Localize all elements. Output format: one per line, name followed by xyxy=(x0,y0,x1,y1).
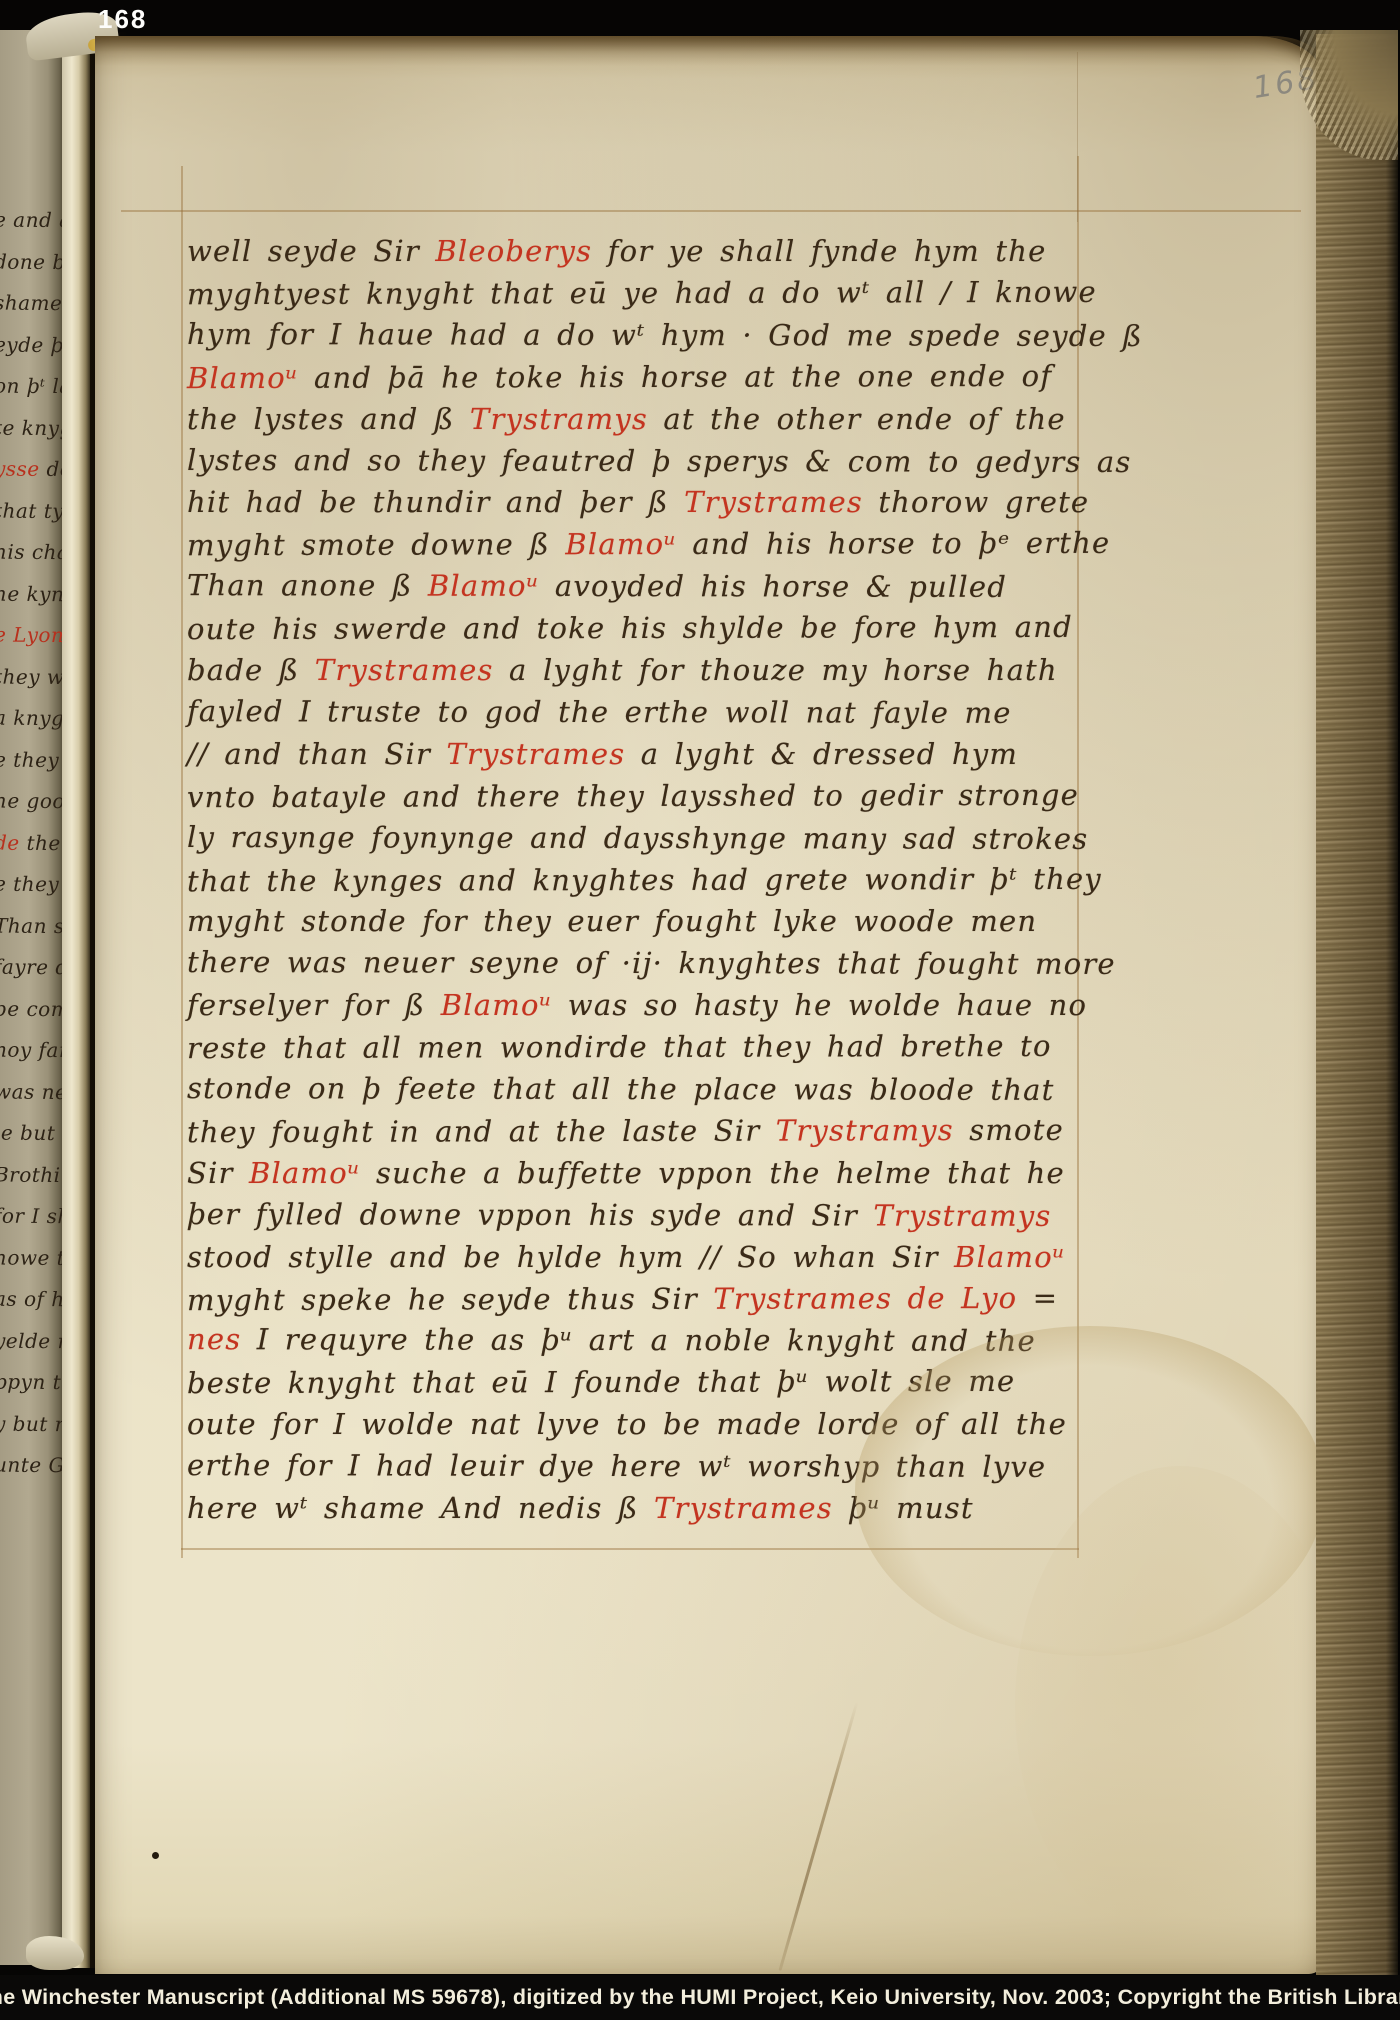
body-text: his chaunc xyxy=(0,540,64,565)
body-text: Than seyde xyxy=(0,913,64,938)
margin-fragment: de the goo xyxy=(0,830,64,855)
rubric-text: de xyxy=(0,830,27,854)
body-text: for ye shall fynde hym the xyxy=(592,234,1046,268)
body-text: he good kny xyxy=(0,789,64,814)
body-text: fayled I truste to god the erthe woll na… xyxy=(187,694,1012,730)
manuscript-line: lystes and so they feautred þ sperys & c… xyxy=(187,443,1132,479)
body-text: that the kynges and knyghtes had grete w… xyxy=(187,861,1102,897)
manuscript-line: // and than Sir Trystrames a lyght & dre… xyxy=(187,737,1018,771)
ruled-line-top xyxy=(121,210,1301,212)
margin-fragment: be com of xyxy=(0,996,64,1021)
body-text: shame to c xyxy=(0,291,64,316)
body-text: unte God xyxy=(0,1453,64,1478)
body-text: well seyde Sir xyxy=(187,234,435,268)
manuscript-line: reste that all men wondirde that they ha… xyxy=(187,1029,1052,1065)
caption-text: The Winchester Manuscript (Additional MS… xyxy=(0,1985,1400,2010)
manuscript-line: oute for I wolde nat lyve to be made lor… xyxy=(187,1407,1067,1441)
manuscript-line: vnto batayle and there they laysshed to … xyxy=(187,778,1079,814)
body-text: þer fylled downe vppon his syde and Sir xyxy=(187,1197,874,1232)
body-text: suche a buffette vppon the helme that he xyxy=(361,1156,1065,1190)
rubric-text: Blamoᵘ xyxy=(249,1156,361,1190)
body-text: le but rath xyxy=(0,1121,64,1146)
body-text: Brothir seyd xyxy=(0,1162,64,1187)
margin-fragment: Brothir seyd xyxy=(0,1162,64,1187)
manuscript-line: myght speke he seyde thus Sir Trystrames… xyxy=(187,1280,1058,1316)
body-text: smote xyxy=(954,1113,1064,1147)
body-text: thorow grete xyxy=(863,485,1089,519)
manuscript-line: hit had be thundir and þer ß Trystrames … xyxy=(187,485,1089,519)
page-top-edge xyxy=(95,36,1323,66)
rubric-text: Trystrames xyxy=(446,737,625,771)
body-text: and þā he toke his horse at the one ende… xyxy=(299,359,1053,395)
margin-fragment: that tyme a xyxy=(0,498,64,523)
rubric-text: Trystrames xyxy=(654,1491,833,1525)
body-text: e they had xyxy=(0,747,64,772)
body-text: be com of xyxy=(0,996,64,1021)
page-crease xyxy=(1077,52,1078,222)
body-text: at the other ende of the xyxy=(648,402,1066,436)
body-text: they were c xyxy=(0,664,64,689)
margin-fragment: e Lyones wo xyxy=(0,623,64,648)
rubric-text: Trystrames xyxy=(684,485,863,519)
manuscript-line: Than anone ß Blamoᵘ avoyded his horse & … xyxy=(187,568,1007,604)
rubric-text: ysse xyxy=(0,457,40,481)
page-edge-stack xyxy=(1316,34,1398,1975)
margin-fragment: y but rep xyxy=(0,1411,64,1436)
body-text: erthe for I had leuir dye here wᵗ worshy… xyxy=(187,1448,1046,1484)
body-text: hym for I haue had a do wᵗ hym · God me … xyxy=(187,317,1143,353)
margin-fragment: fayre deu xyxy=(0,955,64,980)
manuscript-line: hym for I haue had a do wᵗ hym · God me … xyxy=(187,317,1143,353)
margin-fragment: shame to c xyxy=(0,291,64,316)
body-text: he kyngs xyxy=(0,581,64,606)
body-text: eyde þ kyng xyxy=(0,332,64,357)
body-text: te knyght xyxy=(0,415,64,440)
manuscript-line: the lystes and ß Trystramys at the other… xyxy=(187,402,1066,436)
body-text: here wᵗ shame And nedis ß xyxy=(187,1491,654,1525)
body-text: Than anone ß xyxy=(187,568,428,603)
body-text: fayre deu xyxy=(0,955,64,980)
manuscript-line: þer fylled downe vppon his syde and Sir … xyxy=(187,1197,1052,1233)
body-text: there was neuer seyne of ·ij· knyghtes t… xyxy=(187,945,1116,981)
body-text: ppyn to fyn xyxy=(0,1370,64,1395)
margin-fragment: done bata xyxy=(0,249,64,274)
screenshot-root: { "viewer": { "top_page_label": "168", "… xyxy=(0,0,1400,2020)
margin-fragment: howe that yow xyxy=(0,1245,64,1270)
manuscript-line: fayled I truste to god the erthe woll na… xyxy=(187,694,1012,730)
margin-fragment: for I shall xyxy=(0,1204,64,1229)
manuscript-line: nes I requyre the as þᵘ art a noble knyg… xyxy=(187,1323,1036,1359)
body-text: yelde me xyxy=(0,1328,64,1353)
manuscript-line: Blamoᵘ and þā he toke his horse at the o… xyxy=(187,359,1052,395)
manuscript-line: here wᵗ shame And nedis ß Trystrames þᵘ … xyxy=(187,1491,974,1525)
body-text: e they w xyxy=(0,872,64,897)
rubric-text: Blamoᵘ xyxy=(428,569,540,603)
rubric-text: Trystramys xyxy=(776,1113,954,1147)
body-text: myght speke he seyde thus Sir xyxy=(187,1281,713,1316)
body-text: vnto batayle and there they laysshed to … xyxy=(187,778,1079,814)
rubric-text: Trystramys xyxy=(873,1198,1051,1232)
margin-fragment: unte God xyxy=(0,1453,64,1478)
body-text: was neū nou xyxy=(0,1079,64,1104)
body-text: beste knyght that eū I founde that þᵘ wo… xyxy=(187,1364,1015,1400)
body-text: that tyme a xyxy=(0,498,64,523)
left-page-strip: e and as fodone batashame to ceyde þ kyn… xyxy=(0,30,64,1965)
body-text: ly rasynge foynynge and daysshynge many … xyxy=(187,820,1088,856)
rubric-text: Blamoᵘ xyxy=(187,361,299,395)
ink-dot xyxy=(152,1852,159,1859)
body-text: and his horse to þᵉ erthe xyxy=(677,526,1110,561)
manuscript-line: myghtyest knyght that eū ye had a do wᵗ … xyxy=(187,275,1097,311)
body-text: hit had be thundir and þer ß xyxy=(187,485,684,519)
body-text: the lystes and ß xyxy=(187,402,470,436)
manuscript-line: stood stylle and be hylde hym // So whan… xyxy=(187,1240,1066,1274)
manuscript-line: erthe for I had leuir dye here wᵗ worshy… xyxy=(187,1448,1046,1484)
margin-fragment: e and as fo xyxy=(0,208,64,233)
body-text: = xyxy=(1017,1280,1058,1314)
text-block: well seyde Sir Bleoberys for ye shall fy… xyxy=(187,234,1187,1564)
page-number-label: 168 xyxy=(98,4,147,35)
rubric-text: Bleoberys xyxy=(435,234,592,268)
manuscript-line: ly rasynge foynynge and daysshynge many … xyxy=(187,820,1088,856)
rubric-text: Trystrames xyxy=(315,653,494,687)
manuscript-line: bade ß Trystrames a lyght for thouze my … xyxy=(187,653,1058,687)
body-text: a knyght xyxy=(0,706,64,731)
body-text: Sir xyxy=(187,1156,249,1190)
body-text: done bata xyxy=(0,249,64,274)
manuscript-line: there was neuer seyne of ·ij· knyghtes t… xyxy=(187,945,1116,981)
body-text: myght stonde for they euer fought lyke w… xyxy=(187,904,1037,938)
body-text: // and than Sir xyxy=(187,737,446,771)
manuscript-line: they fought in and at the laste Sir Trys… xyxy=(187,1113,1064,1149)
body-text: myghtyest knyght that eū ye had a do wᵗ … xyxy=(187,275,1097,311)
body-text: myght smote downe ß xyxy=(187,528,565,563)
margin-fragment: yelde me xyxy=(0,1328,64,1353)
margin-fragment: was neū nou xyxy=(0,1079,64,1104)
margin-fragment: te knyght xyxy=(0,415,64,440)
manuscript-line: that the kynges and knyghtes had grete w… xyxy=(187,861,1102,897)
body-text: oute his swerde and toke his shylde be f… xyxy=(187,610,1073,646)
body-text: a lyght & dressed hym xyxy=(625,737,1018,771)
margin-fragment: Than seyde xyxy=(0,913,64,938)
rubric-text: Blamoᵘ xyxy=(954,1240,1066,1274)
tear-mark xyxy=(778,1701,858,1971)
margin-fragment: ysse depted xyxy=(0,457,64,482)
rubric-text: Trystrames de Lyo xyxy=(713,1280,1017,1315)
margin-fragment: on þᵗ lat h xyxy=(0,374,64,399)
body-text: the goo xyxy=(26,830,64,855)
manuscript-line: myght stonde for they euer fought lyke w… xyxy=(187,904,1037,938)
manuscript-line: myght smote downe ß Blamoᵘ and his horse… xyxy=(187,526,1110,562)
manuscript-line: well seyde Sir Bleoberys for ye shall fy… xyxy=(187,234,1047,268)
manuscript-line: ferselyer for ß Blamoᵘ was so hasty he w… xyxy=(187,988,1087,1022)
margin-fragment: e they had xyxy=(0,747,64,772)
body-text: a lyght for thouze my horse hath xyxy=(494,653,1058,687)
rubric-text: nes xyxy=(187,1323,241,1357)
margin-fragment: a knyght xyxy=(0,706,64,731)
manuscript-page: 168 well seyde Sir Bleoberys for ye shal… xyxy=(95,36,1323,1974)
body-text: reste that all men wondirde that they ha… xyxy=(187,1029,1052,1065)
rubric-text: Trystramys xyxy=(470,402,648,436)
caption-bar: The Winchester Manuscript (Additional MS… xyxy=(0,1975,1400,2020)
margin-fragment: noy farther xyxy=(0,1038,64,1063)
margin-fragment: eyde þ kyng xyxy=(0,332,64,357)
body-text: lystes and so they feautred þ sperys & c… xyxy=(187,443,1132,479)
manuscript-line: stonde on þ feete that all the place was… xyxy=(187,1071,1055,1107)
body-text: ferselyer for ß xyxy=(187,988,441,1022)
body-text: noy farther xyxy=(0,1038,64,1063)
rubric-text: Blamoᵘ xyxy=(441,988,553,1022)
body-text: they fought in and at the laste Sir xyxy=(187,1113,776,1149)
margin-fragment: le but rath xyxy=(0,1121,64,1146)
body-text: oute for I wolde nat lyve to be made lor… xyxy=(187,1407,1067,1441)
margin-fragment: he kyngs xyxy=(0,581,64,606)
manuscript-line: beste knyght that eū I founde that þᵘ wo… xyxy=(187,1364,1015,1400)
margin-fragment: they were c xyxy=(0,664,64,689)
body-text: was so hasty he wolde haue no xyxy=(552,988,1087,1022)
body-text: depted xyxy=(40,457,64,482)
rubric-text: Blamoᵘ xyxy=(565,527,677,561)
body-text: bade ß xyxy=(187,653,315,687)
ruled-line-left xyxy=(181,166,183,1558)
facing-leaf-edge xyxy=(62,28,90,1968)
margin-fragment: as of his xyxy=(0,1287,64,1312)
body-text: y but rep xyxy=(0,1411,64,1436)
margin-fragment: his chaunc xyxy=(0,540,64,565)
body-text: avoyded his horse & pulled xyxy=(539,569,1007,604)
body-text: þᵘ must xyxy=(833,1491,974,1525)
margin-fragment: ppyn to fyn xyxy=(0,1370,64,1395)
body-text: e and as fo xyxy=(0,208,64,233)
body-text: howe that yow xyxy=(0,1245,64,1270)
body-text: on þᵗ lat h xyxy=(0,374,64,399)
rubric-text: e Lyones xyxy=(0,623,64,648)
body-text: stood stylle and be hylde hym // So whan… xyxy=(187,1240,954,1274)
manuscript-line: Sir Blamoᵘ suche a buffette vppon the he… xyxy=(187,1156,1065,1190)
manuscript-line: oute his swerde and toke his shylde be f… xyxy=(187,610,1073,646)
body-text: stonde on þ feete that all the place was… xyxy=(187,1071,1055,1107)
body-text: as of his xyxy=(0,1287,64,1312)
body-text: I requyre the as þᵘ art a noble knyght a… xyxy=(241,1323,1036,1359)
manuscript-photo: e and as fodone batashame to ceyde þ kyn… xyxy=(0,0,1400,1978)
margin-fragment: e they w xyxy=(0,872,64,897)
margin-fragment: he good kny xyxy=(0,789,64,814)
body-text: for I shall xyxy=(0,1204,64,1229)
